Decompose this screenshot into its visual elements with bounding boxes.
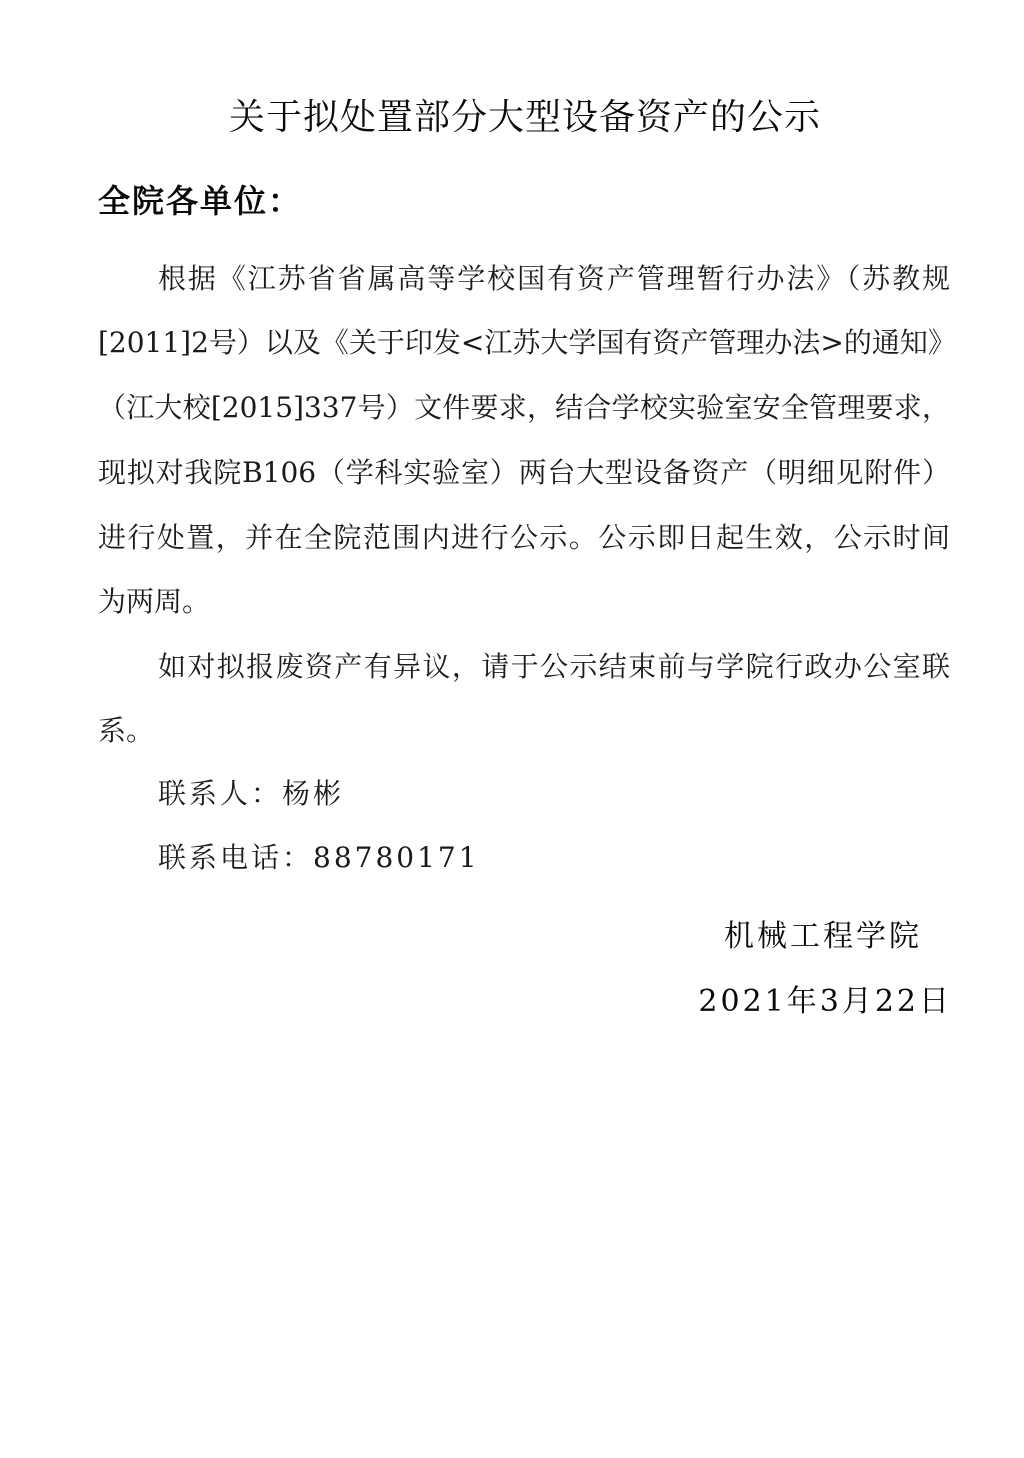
document-title: 关于拟处置部分大型设备资产的公示 [0,94,1024,142]
paragraph-line: [2011]2号）以及《关于印发<江苏大学国有资产管理办法>的通知》 [98,323,950,363]
contact-phone: 联系电话：88780171 [158,838,480,878]
paragraph-line: （江大校[2015]337号）文件要求，结合学校实验室安全管理要求， [98,388,950,428]
signature-organization: 机械工程学院 [724,916,922,958]
paragraph-line: 现拟对我院B106（学科实验室）两台大型设备资产（明细见附件） [98,453,950,493]
paragraph-line: 如对拟报废资产有异议，请于公示结束前与学院行政办公室联 [158,647,950,687]
contact-person: 联系人：杨彬 [158,774,344,814]
paragraph-line: 根据《江苏省省属高等学校国有资产管理暂行办法》（苏教规 [158,259,950,299]
paragraph-line: 系。 [98,711,154,751]
document-page: 关于拟处置部分大型设备资产的公示 全院各单位： 根据《江苏省省属高等学校国有资产… [0,0,1024,1458]
paragraph-line: 为两周。 [98,582,210,622]
signature-date: 2021年3月22日 [698,981,952,1023]
salutation: 全院各单位： [98,180,302,222]
paragraph-line: 进行处置，并在全院范围内进行公示。公示即日起生效，公示时间 [98,518,950,558]
